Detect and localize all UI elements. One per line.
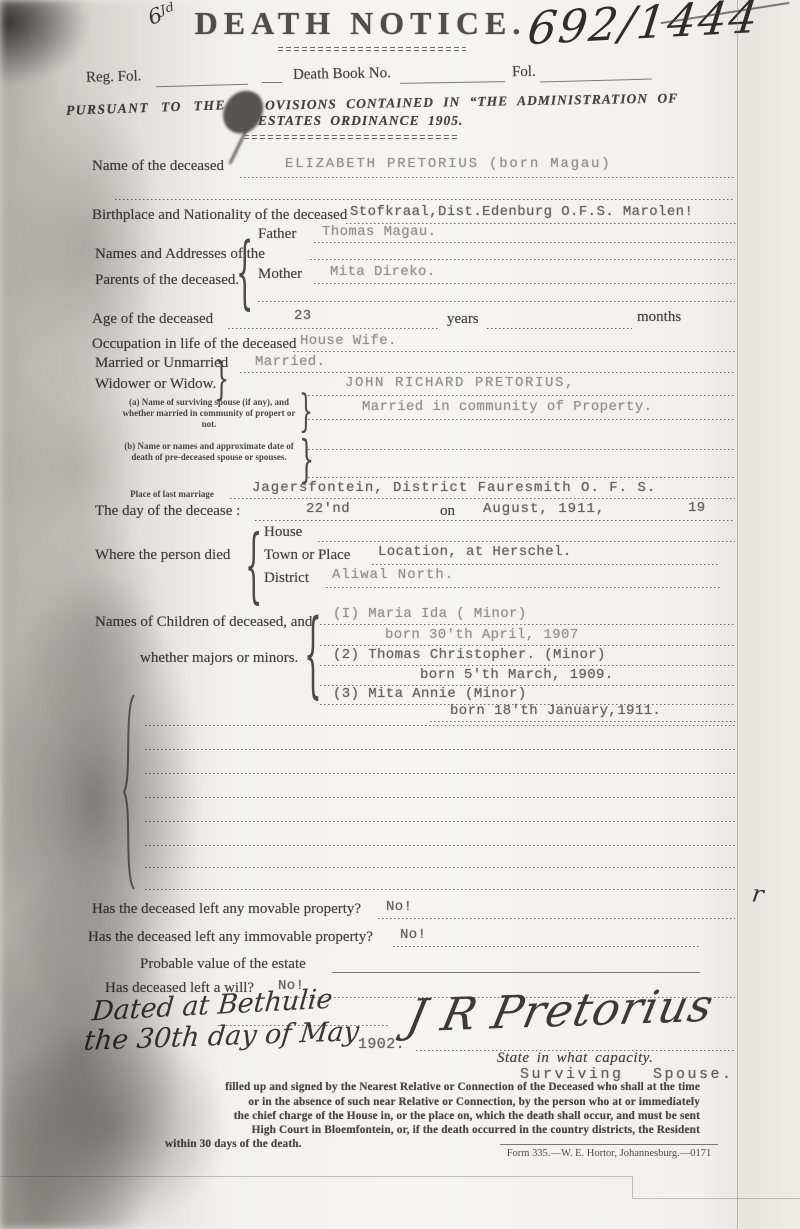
pursuant-line2: ESTATES ORDINANCE 1905. [258, 113, 463, 129]
dotted-line [308, 448, 735, 450]
mother-value: Mita Direko. [330, 264, 436, 280]
blank-brace [120, 693, 138, 891]
immovable-label: Has the deceased left any immovable prop… [88, 929, 373, 946]
died-label: Where the person died [95, 547, 230, 564]
signature: J R Pretorius [402, 978, 718, 1042]
dotted-line [240, 176, 735, 178]
year-value: 1902. [358, 1036, 405, 1053]
dotted-line [378, 917, 735, 919]
immovable-value: No! [400, 927, 426, 943]
footnote-line: High Court in Bloemfontein, or, if the d… [252, 1124, 700, 1136]
parents-label-2: Parents of the deceased. [95, 272, 239, 289]
dotted-line [393, 945, 700, 947]
dotted-line [145, 820, 735, 822]
name-label: Name of the deceased [92, 158, 224, 175]
dotted-line [314, 241, 735, 243]
children-label-1: Names of Children of deceased, and [95, 614, 312, 631]
dotted-line [320, 664, 735, 666]
house-label: House [264, 524, 302, 541]
district-label: District [264, 570, 309, 587]
dotted-line [230, 497, 735, 499]
dotted-line [372, 563, 720, 565]
dotted-line [308, 418, 735, 420]
predeceased-note: (b) Name or names and approximate date o… [116, 441, 302, 463]
dotted-line [320, 623, 735, 625]
death-book-label: Death Book No. [293, 65, 391, 84]
town-label: Town or Place [264, 547, 350, 564]
dotted-line [228, 327, 440, 329]
title-rule [278, 47, 466, 51]
child-entry: born 5'th March, 1909. [420, 667, 614, 683]
child-entry: (2) Thomas Christopher. (Minor) [333, 647, 606, 663]
scanned-death-notice-page: 6ᴶᵈ DEATH NOTICE. 692/1444 Reg. Fol. Dea… [0, 0, 800, 1229]
footnote-line: or in the absence of such near Relative … [248, 1096, 700, 1108]
dotted-line [145, 888, 735, 890]
page-edge-line [632, 1198, 800, 1199]
dotted-line [320, 644, 735, 646]
death-book-line [400, 81, 505, 84]
estate-label: Probable value of the estate [140, 956, 306, 973]
dotted-line [314, 282, 735, 284]
page-edge-line [632, 1176, 633, 1198]
marriage-place-value: Jagersfontein, District Fauresmith O. F.… [252, 480, 656, 496]
fol-line [540, 79, 652, 83]
dotted-line [145, 748, 735, 750]
parents-label-1: Names and Addresses of the [95, 246, 265, 263]
occupation-value: House Wife. [300, 333, 397, 349]
capacity-label: State in what capacity. [497, 1050, 653, 1067]
town-value: Location, at Herschel. [378, 544, 572, 560]
footnote-line: within 30 days of the death. [165, 1138, 302, 1150]
reg-fol-line [156, 84, 248, 87]
dotted-line [240, 371, 735, 373]
margin-scribble: r [750, 879, 765, 908]
child-entry: (3) Mita Annie (Minor) [333, 686, 527, 702]
dotted-line [326, 586, 720, 588]
father-label: Father [258, 226, 296, 243]
page-title: DEATH NOTICE. [188, 5, 533, 42]
footnote-line: filled up and signed by the Nearest Rela… [225, 1081, 700, 1093]
dotted-line [430, 720, 735, 722]
age-label: Age of the deceased [92, 311, 213, 328]
form-imprint: Form 335.—W. E. Hortor, Johannesburg.—01… [500, 1144, 718, 1159]
years-label: years [447, 311, 479, 328]
age-value: 23 [294, 308, 312, 324]
decease-year-value: 19 [688, 500, 706, 516]
spouse-value-1: JOHN RICHARD PRETORIUS, [345, 375, 575, 391]
decease-day-value: 22'nd [306, 501, 350, 517]
dotted-line [310, 258, 735, 260]
died-brace: { [245, 518, 262, 614]
marital-value: Married. [255, 354, 325, 370]
reg-dash [262, 82, 282, 83]
dotted-line [293, 350, 735, 352]
decease-label: The day of the decease : [95, 503, 240, 520]
dotted-line [145, 772, 735, 774]
dotted-line [308, 394, 735, 396]
fol-label: Fol. [512, 64, 536, 81]
child-entry: born 18'th January,1911. [450, 703, 661, 719]
spouse-note: (a) Name of surviving spouse (if any), a… [116, 397, 302, 430]
dotted-line [115, 198, 735, 200]
spouse-value-2: Married in community of Property. [362, 399, 652, 415]
father-value: Thomas Magau. [322, 224, 436, 240]
pursuant-line1-start: PURSUANT TO THE [66, 97, 226, 119]
marital-label-1: Married or Unmarried [95, 355, 228, 372]
movable-value: No! [386, 899, 412, 915]
on-label: on [440, 503, 455, 520]
marriage-place-label: Place of last marriage [112, 489, 232, 500]
child-entry: born 30'th April, 1907 [385, 627, 579, 643]
dotted-line [308, 476, 735, 478]
dotted-line [145, 866, 735, 868]
dotted-line [255, 519, 735, 521]
decease-month-value: August, 1911, [483, 501, 605, 517]
mother-label: Mother [258, 266, 302, 283]
estate-line [332, 972, 700, 973]
birthplace-label: Birthplace and Nationality of the deceas… [92, 207, 347, 224]
birthplace-value: Stofkraal,Dist.Edenburg O.F.S. Marolen! [350, 204, 693, 220]
footnote-line: the chief charge of the House in, or the… [234, 1110, 700, 1122]
district-value: Aliwal North. [332, 567, 454, 583]
children-label-2: whether majors or minors. [140, 650, 298, 667]
header-annotation: 6ᴶᵈ [145, 0, 178, 30]
fold-line [737, 0, 738, 1229]
dotted-line [487, 327, 632, 329]
marital-label-2: Widower or Widow. [95, 376, 216, 393]
page-edge-line [0, 1176, 632, 1177]
dotted-line [145, 796, 735, 798]
pursuant-line1-end: OVISIONS CONTAINED IN “THE ADMINISTRATIO… [265, 90, 678, 113]
case-number: 692/1444 [525, 0, 763, 55]
reg-fol-label: Reg. Fol. [86, 68, 142, 86]
name-value: ELIZABETH PRETORIUS (born Magau) [285, 156, 611, 172]
occupation-label: Occupation in life of the deceased [92, 336, 297, 353]
dotted-line [145, 724, 735, 726]
months-label: months [637, 309, 681, 326]
movable-label: Has the deceased left any movable proper… [92, 901, 361, 918]
section-rule [244, 135, 460, 139]
child-entry: (I) Maria Ida ( Minor) [333, 606, 527, 622]
dotted-line [318, 540, 735, 542]
dotted-line [258, 300, 735, 302]
children-brace: { [304, 601, 322, 709]
dotted-line [145, 844, 735, 846]
